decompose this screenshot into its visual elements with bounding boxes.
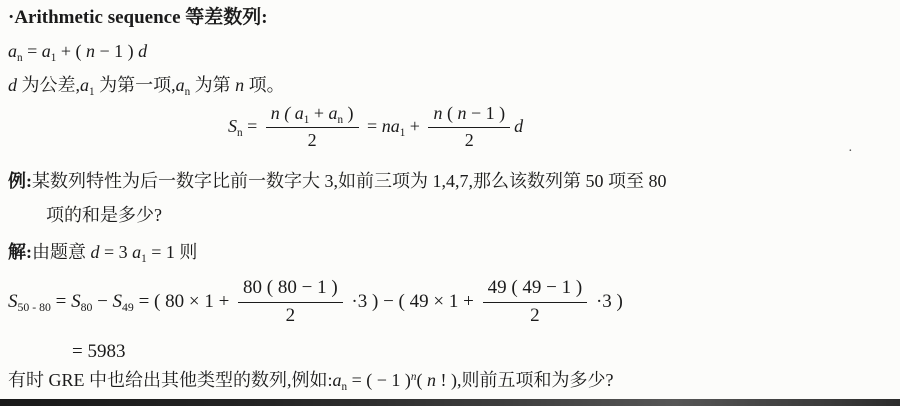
math-op: + (: [56, 40, 86, 63]
math-var: d: [138, 40, 147, 63]
definition-text: 为公差,: [17, 74, 80, 97]
denominator: 2: [465, 128, 474, 152]
math-sub: 1: [89, 86, 95, 98]
math-sub: 1: [141, 253, 147, 265]
math-sub: n: [17, 52, 23, 64]
math-sub: 1: [304, 114, 310, 126]
math-base: a: [8, 41, 17, 61]
math-sup: n: [411, 371, 417, 383]
math-base: a: [333, 370, 342, 390]
math-base: S: [71, 291, 81, 312]
math-op: − 1 ): [95, 40, 138, 63]
math-op: =: [363, 115, 382, 138]
example-text: 项的和是多少?: [46, 204, 162, 227]
scanned-document-page: ·Arithmetic sequence 等差数列: an = a1 + ( n…: [0, 0, 900, 406]
math-var: na1: [382, 115, 406, 138]
numerator: 49 ( 49 − 1 ): [483, 276, 588, 303]
math-base: na: [382, 116, 400, 136]
definition-text: 为第: [190, 74, 235, 97]
math-sub: n: [337, 114, 343, 126]
math-op: +: [405, 115, 424, 138]
computation-formula: S50 - 80 = S80 − S49 = ( 80 × 1 + 80 ( 8…: [8, 276, 623, 328]
math-var: S49: [113, 290, 134, 314]
math-var: an: [176, 74, 191, 97]
math-var: n: [427, 369, 436, 392]
math-base: a: [176, 75, 185, 95]
math-sub: 1: [51, 52, 57, 64]
math-op: =: [23, 40, 42, 63]
math-base: S: [228, 116, 237, 136]
math-token: − 1 ): [466, 103, 505, 123]
math-sub: 49: [122, 301, 134, 314]
footer-text: 有时 GRE 中也给出其他类型的数列,例如:: [8, 369, 333, 392]
math-var: a1: [80, 74, 95, 97]
section-heading: ·Arithmetic sequence 等差数列:: [8, 6, 268, 30]
math-var: S80: [71, 290, 92, 314]
math-op: ·3 ) − ( 49 × 1 +: [347, 290, 479, 314]
example-line-2: 项的和是多少?: [46, 204, 162, 227]
fraction: 49 ( 49 − 1 ) 2: [483, 276, 588, 328]
math-op: = 1: [147, 241, 180, 264]
denominator: 2: [286, 303, 296, 328]
footer-text: ,则前五项和为多少?: [457, 369, 614, 392]
math-base: S: [113, 291, 123, 312]
math-sub: 1: [400, 127, 406, 139]
numerator: n ( n − 1 ): [428, 102, 510, 128]
math-token: (: [416, 369, 427, 392]
math-var: n: [86, 40, 95, 63]
math-var: d: [514, 115, 523, 138]
math-token: n (: [271, 103, 295, 123]
math-op: = 3: [100, 241, 133, 264]
math-op: = ( − 1 ): [347, 369, 411, 392]
math-op: +: [309, 103, 328, 123]
math-token: (: [442, 103, 457, 123]
numerator: 80 ( 80 − 1 ): [238, 276, 343, 303]
math-base: a: [42, 41, 51, 61]
math-base: S: [8, 291, 18, 312]
solution-text: 由题意: [32, 241, 91, 264]
math-base: a: [132, 242, 141, 262]
fraction: n ( a1 + an ) 2: [266, 102, 359, 151]
math-sub: 50 - 80: [18, 301, 51, 314]
solution-text: 则: [179, 241, 197, 264]
math-op: = ( 80 × 1 +: [134, 290, 234, 314]
math-op: −: [92, 290, 112, 314]
math-var: d: [8, 74, 17, 97]
denominator: 2: [308, 128, 317, 152]
math-base: a: [295, 103, 304, 123]
denominator: 2: [530, 303, 540, 328]
math-sub: n: [342, 381, 348, 393]
math-op: ·3 ): [591, 290, 623, 314]
scan-artifact-dot: ·: [848, 144, 853, 160]
math-var: S50 - 80: [8, 290, 51, 314]
result-line: = 5983: [72, 340, 125, 364]
sum-formula: Sn = n ( a1 + an ) 2 = na1 + n ( n − 1 )…: [228, 102, 523, 151]
fraction: 80 ( 80 − 1 ) 2: [238, 276, 343, 328]
math-var: Sn: [228, 115, 243, 138]
math-var: n: [235, 74, 244, 97]
scan-edge-bar: [0, 399, 900, 406]
heading-text: ·Arithmetic sequence 等差数列:: [8, 6, 268, 30]
example-line-1: 例: 某数列特性为后一数字比前一数字大 3,如前三项为 1,4,7,那么该数列第…: [8, 170, 667, 193]
result-value: = 5983: [72, 340, 125, 364]
nth-term-formula: an = a1 + ( n − 1 ) d: [8, 40, 147, 63]
math-var: an: [8, 40, 23, 63]
math-var: a1: [42, 40, 57, 63]
example-label: 例:: [8, 170, 32, 193]
math-var: an: [333, 369, 348, 392]
math-var: a1: [132, 241, 147, 264]
math-op: =: [243, 115, 262, 138]
math-base: a: [80, 75, 89, 95]
math-token: ! ): [436, 369, 457, 392]
fraction: n ( n − 1 ) 2: [428, 102, 510, 151]
footer-question: 有时 GRE 中也给出其他类型的数列,例如: an = ( − 1 ) n ( …: [8, 369, 613, 392]
math-var: d: [91, 241, 100, 264]
solution-line: 解: 由题意 d = 3 a1 = 1 则: [8, 241, 197, 264]
math-op: =: [51, 290, 71, 314]
definition-text: 项。: [244, 74, 285, 97]
example-text: 某数列特性为后一数字比前一数字大 3,如前三项为 1,4,7,那么该数列第 50…: [32, 170, 667, 193]
math-sub: n: [237, 127, 243, 139]
numerator: n ( a1 + an ): [266, 102, 359, 128]
definition-text: 为第一项,: [95, 74, 176, 97]
math-token: ): [343, 103, 354, 123]
math-sub: n: [185, 86, 191, 98]
definition-line: d 为公差, a1 为第一项, an 为第 n 项。: [8, 74, 285, 97]
solution-label: 解:: [8, 241, 32, 264]
math-sub: 80: [81, 301, 93, 314]
